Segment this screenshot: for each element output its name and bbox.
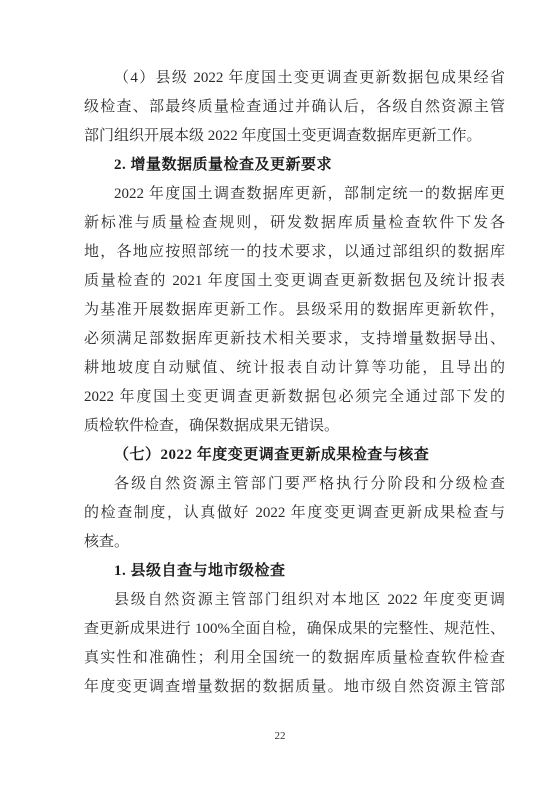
text-line: 各级自然资源主管部门要严格执行分阶段和分级检查 <box>84 470 505 499</box>
text-line: 地，各地应按照部统一的技术要求，以通过部组织的数据库 <box>84 238 505 267</box>
text-line: 级检查、部最终质量检查通过并确认后，各级自然资源主管 <box>84 93 505 122</box>
text-line: 查更新成果进行 100%全面自检，确保成果的完整性、规范性、 <box>84 615 505 644</box>
text-line: 真实性和准确性；利用全国统一的数据库质量检查软件检查 <box>84 644 505 673</box>
text-line: 2022 年度国土调查数据库更新，部制定统一的数据库更 <box>84 180 505 209</box>
text-line: （4）县级 2022 年度国土变更调查更新数据包成果经省 <box>84 64 505 93</box>
text-line: 为基准开展数据库更新工作。县级采用的数据库更新软件， <box>84 296 505 325</box>
text-line: 核查。 <box>84 528 505 557</box>
text-line: 年度变更调查增量数据的数据质量。地市级自然资源主管部 <box>84 673 505 702</box>
text-line: 的检查制度，认真做好 2022 年度变更调查更新成果检查与 <box>84 499 505 528</box>
text-line: 2022 年度国土变更调查更新数据包必须完全通过部下发的 <box>84 383 505 412</box>
document-body: （4）县级 2022 年度国土变更调查更新数据包成果经省级检查、部最终质量检查通… <box>84 64 505 702</box>
text-line: 耕地坡度自动赋值、统计报表自动计算等功能，且导出的 <box>84 354 505 383</box>
heading-line: （七）2022 年度变更调查更新成果检查与核查 <box>84 441 505 470</box>
text-line: 必须满足部数据库更新技术相关要求，支持增量数据导出、 <box>84 325 505 354</box>
text-line: 质检软件检查，确保数据成果无错误。 <box>84 412 505 441</box>
document-page: （4）县级 2022 年度国土变更调查更新数据包成果经省级检查、部最终质量检查通… <box>0 0 560 791</box>
heading-line: 2. 增量数据质量检查及更新要求 <box>84 151 505 180</box>
page-number: 22 <box>0 730 560 742</box>
text-line: 质量检查的 2021 年度国土变更调查更新数据包及统计报表 <box>84 267 505 296</box>
text-line: 新标准与质量检查规则，研发数据库质量检查软件下发各 <box>84 209 505 238</box>
heading-line: 1. 县级自查与地市级检查 <box>84 557 505 586</box>
text-line: 部门组织开展本级 2022 年度国土变更调查数据库更新工作。 <box>84 122 505 151</box>
text-line: 县级自然资源主管部门组织对本地区 2022 年度变更调 <box>84 586 505 615</box>
